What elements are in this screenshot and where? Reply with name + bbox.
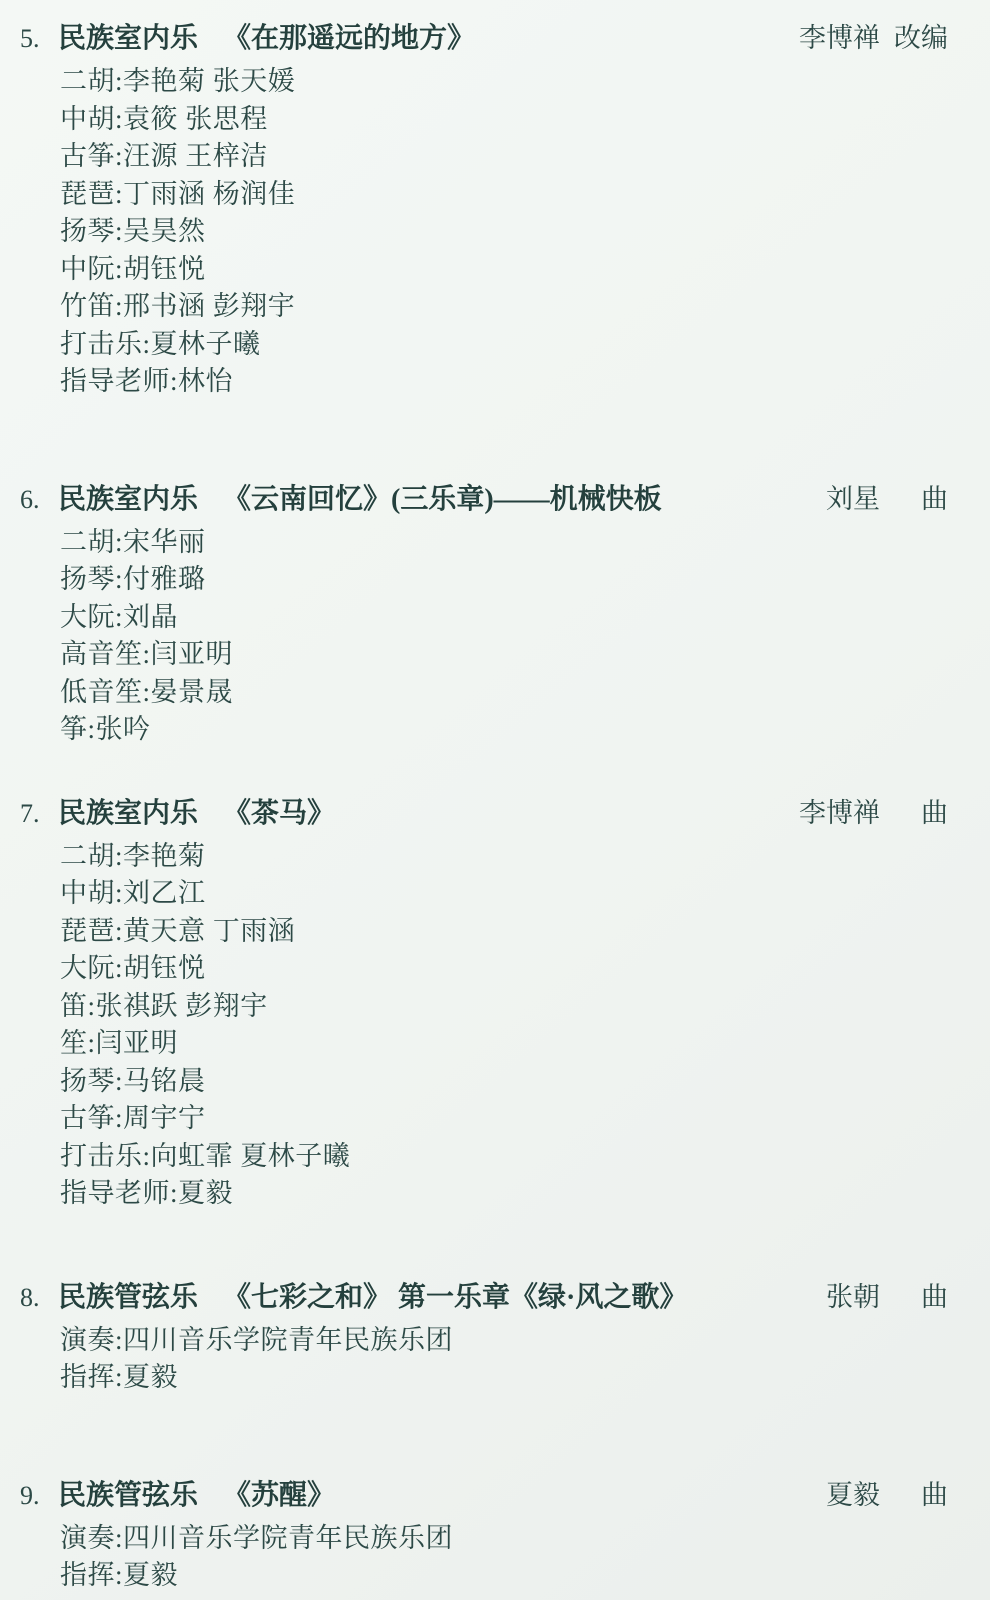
piece-header: 6. 民族室内乐 《云南回忆》(三乐章)——机械快板 刘星 曲 [20, 479, 948, 520]
performer-line: 扬琴:马铭晨 [60, 1063, 948, 1101]
piece-credit: 刘星 曲 [826, 479, 948, 519]
composer-name: 夏毅 [826, 1475, 880, 1515]
piece-title: 《苏醒》 [223, 1476, 335, 1516]
piece-title: 《在那遥远的地方》 [223, 19, 475, 59]
performer-line: 打击乐:向虹霏 夏林子曦 [60, 1138, 948, 1176]
performer-list: 二胡:宋华丽 扬琴:付雅璐 大阮:刘晶 高音笙:闫亚明 低音笙:晏景晟 筝:张吟 [60, 524, 948, 749]
composer-role: 曲 [880, 1475, 948, 1515]
performer-line: 笛:张祺跃 彭翔宇 [60, 988, 948, 1026]
program-item-5: 5. 民族室内乐 《在那遥远的地方》 李博禅 改编 二胡:李艳菊 张天媛 中胡:… [20, 18, 948, 401]
composer-role: 曲 [880, 793, 948, 833]
performer-line: 中胡:刘乙江 [60, 875, 948, 913]
piece-header: 9. 民族管弦乐 《苏醒》 夏毅 曲 [20, 1475, 948, 1516]
piece-genre: 民族管弦乐 [58, 1278, 198, 1318]
piece-credit: 夏毅 曲 [826, 1475, 948, 1515]
composer-name: 刘星 [826, 479, 880, 519]
composer-name: 张朝 [826, 1277, 880, 1317]
program-item-8: 8. 民族管弦乐 《七彩之和》 第一乐章《绿·风之歌》 张朝 曲 演奏:四川音乐… [20, 1277, 948, 1397]
piece-number: 9. [20, 1476, 58, 1516]
performer-line: 大阮:刘晶 [60, 599, 948, 637]
piece-number: 8. [20, 1278, 58, 1318]
piece-number: 5. [20, 19, 58, 59]
performer-line: 演奏:四川音乐学院青年民族乐团 [60, 1520, 948, 1558]
composer-role: 改编 [880, 18, 948, 58]
performer-line: 扬琴:吴昊然 [60, 213, 948, 251]
performer-line: 高音笙:闫亚明 [60, 636, 948, 674]
performer-line: 扬琴:付雅璐 [60, 561, 948, 599]
performer-line: 低音笙:晏景晟 [60, 674, 948, 712]
performer-line: 古筝:周宇宁 [60, 1100, 948, 1138]
piece-number: 6. [20, 480, 58, 520]
performer-line: 琵琶:黄天意 丁雨涵 [60, 913, 948, 951]
composer-role: 曲 [880, 1277, 948, 1317]
piece-credit: 李博禅 改编 [799, 18, 948, 58]
piece-credit: 李博禅 曲 [799, 793, 948, 833]
piece-title: 《七彩之和》 第一乐章《绿·风之歌》 [223, 1278, 687, 1318]
piece-title: 《茶马》 [223, 794, 335, 834]
performer-line: 古筝:汪源 王梓洁 [60, 138, 948, 176]
program-item-7: 7. 民族室内乐 《茶马》 李博禅 曲 二胡:李艳菊 中胡:刘乙江 琵琶:黄天意… [20, 793, 948, 1213]
performer-list: 二胡:李艳菊 张天媛 中胡:袁筱 张思程 古筝:汪源 王梓洁 琵琶:丁雨涵 杨润… [60, 63, 948, 401]
performer-line: 二胡:李艳菊 张天媛 [60, 63, 948, 101]
performer-list: 演奏:四川音乐学院青年民族乐团 指挥:夏毅 [60, 1322, 948, 1397]
piece-credit: 张朝 曲 [826, 1277, 948, 1317]
piece-header: 7. 民族室内乐 《茶马》 李博禅 曲 [20, 793, 948, 834]
piece-title: 《云南回忆》(三乐章)——机械快板 [223, 480, 662, 520]
performer-line: 指挥:夏毅 [60, 1557, 948, 1595]
performer-line: 二胡:李艳菊 [60, 838, 948, 876]
performer-list: 演奏:四川音乐学院青年民族乐团 指挥:夏毅 [60, 1520, 948, 1595]
performer-line: 打击乐:夏林子曦 [60, 326, 948, 364]
piece-genre: 民族室内乐 [58, 480, 198, 520]
performer-line: 二胡:宋华丽 [60, 524, 948, 562]
performer-line: 中胡:袁筱 张思程 [60, 101, 948, 139]
performer-line: 竹笛:邢书涵 彭翔宇 [60, 288, 948, 326]
performer-list: 二胡:李艳菊 中胡:刘乙江 琵琶:黄天意 丁雨涵 大阮:胡钰悦 笛:张祺跃 彭翔… [60, 838, 948, 1213]
performer-line: 大阮:胡钰悦 [60, 950, 948, 988]
performer-line: 指导老师:林怡 [60, 363, 948, 401]
piece-number: 7. [20, 794, 58, 834]
performer-line: 中阮:胡钰悦 [60, 251, 948, 289]
program-item-9: 9. 民族管弦乐 《苏醒》 夏毅 曲 演奏:四川音乐学院青年民族乐团 指挥:夏毅 [20, 1475, 948, 1595]
performer-line: 笙:闫亚明 [60, 1025, 948, 1063]
composer-name: 李博禅 [799, 793, 880, 833]
composer-role: 曲 [880, 479, 948, 519]
program-page: 5. 民族室内乐 《在那遥远的地方》 李博禅 改编 二胡:李艳菊 张天媛 中胡:… [0, 0, 990, 1600]
performer-line: 指导老师:夏毅 [60, 1175, 948, 1213]
piece-genre: 民族室内乐 [58, 19, 198, 59]
performer-line: 指挥:夏毅 [60, 1359, 948, 1397]
performer-line: 琵琶:丁雨涵 杨润佳 [60, 176, 948, 214]
composer-name: 李博禅 [799, 18, 880, 58]
performer-line: 演奏:四川音乐学院青年民族乐团 [60, 1322, 948, 1360]
piece-header: 8. 民族管弦乐 《七彩之和》 第一乐章《绿·风之歌》 张朝 曲 [20, 1277, 948, 1318]
program-item-6: 6. 民族室内乐 《云南回忆》(三乐章)——机械快板 刘星 曲 二胡:宋华丽 扬… [20, 479, 948, 749]
performer-line: 筝:张吟 [60, 711, 948, 749]
piece-header: 5. 民族室内乐 《在那遥远的地方》 李博禅 改编 [20, 18, 948, 59]
piece-genre: 民族管弦乐 [58, 1476, 198, 1516]
piece-genre: 民族室内乐 [58, 794, 198, 834]
